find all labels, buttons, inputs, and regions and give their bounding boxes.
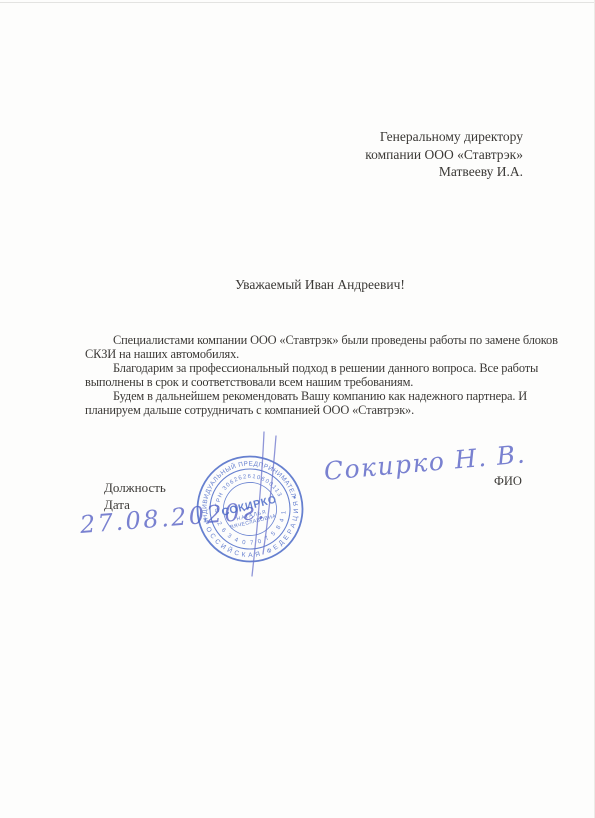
body-line: планируем дальше сотрудничать с компание… <box>85 403 522 417</box>
salutation: Уважаемый Иван Андреевич! <box>160 277 480 293</box>
recipient-line: Матвееву И.А. <box>263 163 523 181</box>
signature-flourish-strokes <box>246 430 306 580</box>
scanned-letter-page: Генеральному директору компании ООО «Ста… <box>0 0 595 818</box>
position-label: Должность <box>104 480 166 496</box>
body-line: Будем в дальнейшем рекомендовать Вашу ко… <box>85 389 522 403</box>
paragraph: Будем в дальнейшем рекомендовать Вашу ко… <box>85 389 522 417</box>
body-line: СКЗИ на наших автомобилях. <box>85 347 522 361</box>
recipient-line: Генеральному директору <box>263 128 523 146</box>
recipient-line: компании ООО «Ставтрэк» <box>263 146 523 164</box>
body-line: выполнены в срок и соответствовали всем … <box>85 375 522 389</box>
paragraph: Специалистами компании ООО «Ставтрэк» бы… <box>85 333 522 361</box>
paragraph: Благодарим за профессиональный подход в … <box>85 361 522 389</box>
scan-artifact-top-line <box>0 2 595 3</box>
body-line: Благодарим за профессиональный подход в … <box>85 361 522 375</box>
recipient-block: Генеральному директору компании ООО «Ста… <box>263 128 523 181</box>
body-line: Специалистами компании ООО «Ставтрэк» бы… <box>85 333 522 347</box>
letter-body: Специалистами компании ООО «Ставтрэк» бы… <box>85 333 522 417</box>
fio-label: ФИО <box>494 474 522 489</box>
